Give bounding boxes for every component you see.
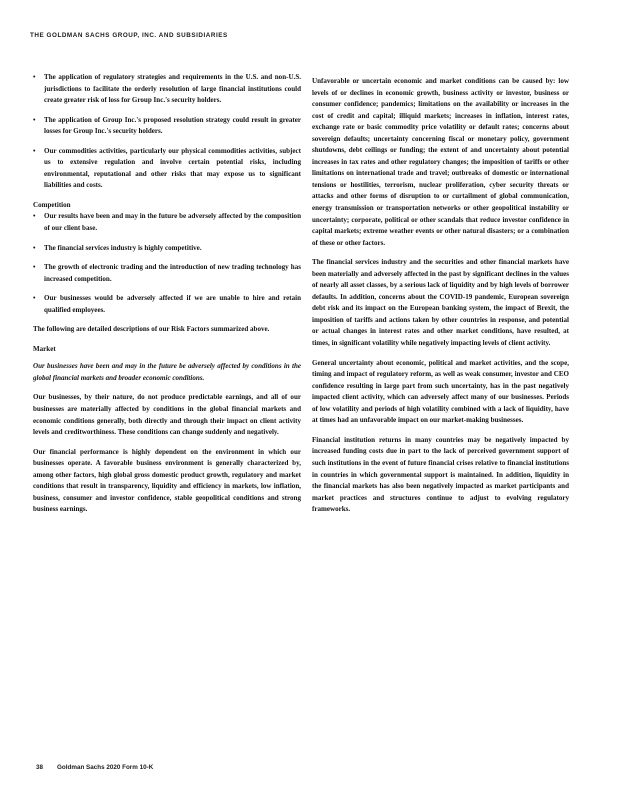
bullet-icon: • [33, 293, 41, 305]
market-lead-statement: Our businesses have been and may in the … [33, 361, 301, 384]
bullet-item: •Our commodities activities, particularl… [33, 146, 301, 192]
bullet-icon: • [33, 115, 41, 127]
bullet-item: •The financial services industry is high… [33, 243, 301, 255]
running-header: THE GOLDMAN SACHS GROUP, INC. AND SUBSID… [30, 32, 228, 39]
left-column: •The application of regulatory strategie… [33, 72, 301, 524]
bullet-icon: • [33, 243, 41, 255]
competition-heading: Competition [33, 200, 301, 212]
market-heading: Market [33, 344, 301, 356]
bullet-item: •Our results have been and may in the fu… [33, 211, 301, 234]
intro-paragraph: The following are detailed descriptions … [33, 324, 301, 336]
page-footer: 38Goldman Sachs 2020 Form 10-K [36, 764, 153, 771]
body-paragraph: The financial services industry and the … [312, 257, 569, 349]
body-paragraph: Unfavorable or uncertain economic and ma… [312, 76, 569, 249]
body-paragraph: Our financial performance is highly depe… [33, 447, 301, 516]
bullet-item: •Our businesses would be adversely affec… [33, 293, 301, 316]
right-column: Unfavorable or uncertain economic and ma… [312, 76, 569, 524]
bullet-item: •The application of Group Inc.'s propose… [33, 115, 301, 138]
bullet-item: •The growth of electronic trading and th… [33, 262, 301, 285]
bullet-icon: • [33, 72, 41, 84]
body-paragraph: Our businesses, by their nature, do not … [33, 392, 301, 438]
publication-title: Goldman Sachs 2020 Form 10-K [57, 764, 153, 771]
body-paragraph: Financial institution returns in many co… [312, 435, 569, 516]
bullet-item: •The application of regulatory strategie… [33, 72, 301, 107]
risk-bullets-top: •The application of regulatory strategie… [33, 72, 301, 192]
page-number: 38 [36, 764, 57, 771]
bullet-icon: • [33, 211, 41, 223]
bullet-icon: • [33, 146, 41, 158]
competition-bullets: •Our results have been and may in the fu… [33, 211, 301, 316]
bullet-icon: • [33, 262, 41, 274]
body-paragraph: General uncertainty about economic, poli… [312, 358, 569, 427]
